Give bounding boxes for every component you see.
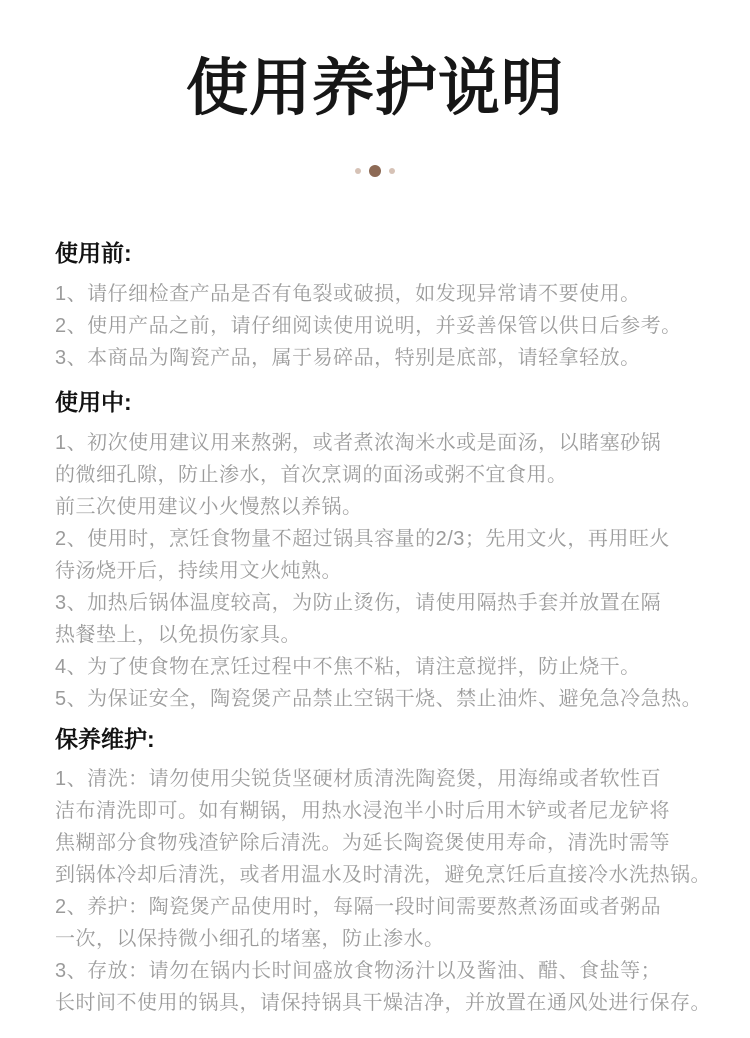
section-heading: 保养维护:	[55, 725, 718, 753]
instruction-list: 1、初次使用建议用来熬粥，或者煮浓淘米水或是面汤，以睹塞砂锅 的微细孔隙，防止渗…	[55, 427, 718, 715]
divider-dot-left	[355, 168, 361, 174]
section-heading: 使用中:	[55, 388, 718, 416]
section-heading: 使用前:	[55, 239, 718, 267]
instruction-list: 1、请仔细检查产品是否有龟裂或破损，如发现异常请不要使用。 2、使用产品之前，请…	[55, 278, 718, 374]
instruction-item: 2、使用时，烹饪食物量不超过锅具容量的2/3；先用文火，再用旺火 待汤烧开后，持…	[55, 523, 718, 587]
divider-dot-right	[389, 168, 395, 174]
section-maintenance: 保养维护: 1、清洗：请勿使用尖锐货坚硬材质清洗陶瓷煲，用海绵或者软性百 洁布清…	[55, 725, 718, 1019]
instruction-item: 4、为了使食物在烹饪过程中不焦不粘，请注意搅拌，防止烧干。	[55, 651, 718, 683]
instruction-item: 3、本商品为陶瓷产品，属于易碎品，特别是底部，请轻拿轻放。	[55, 342, 718, 374]
instruction-item: 1、清洗：请勿使用尖锐货坚硬材质清洗陶瓷煲，用海绵或者软性百 洁布清洗即可。如有…	[55, 763, 718, 891]
divider-dot-center	[369, 165, 381, 177]
instruction-item: 1、请仔细检查产品是否有龟裂或破损，如发现异常请不要使用。	[55, 278, 718, 310]
instruction-item: 2、使用产品之前，请仔细阅读使用说明，并妥善保管以供日后参考。	[55, 310, 718, 342]
instruction-item: 2、养护：陶瓷煲产品使用时，每隔一段时间需要熬煮汤面或者粥品 一次，以保持微小细…	[55, 891, 718, 955]
instruction-item: 3、存放：请勿在锅内长时间盛放食物汤汁以及酱油、醋、食盐等； 长时间不使用的锅具…	[55, 955, 718, 1019]
section-during-use: 使用中: 1、初次使用建议用来熬粥，或者煮浓淘米水或是面汤，以睹塞砂锅 的微细孔…	[55, 388, 718, 715]
section-before-use: 使用前: 1、请仔细检查产品是否有龟裂或破损，如发现异常请不要使用。 2、使用产…	[55, 239, 718, 374]
instruction-item: 5、为保证安全，陶瓷煲产品禁止空锅干烧、禁止油炸、避免急冷急热。	[55, 683, 718, 715]
instruction-list: 1、清洗：请勿使用尖锐货坚硬材质清洗陶瓷煲，用海绵或者软性百 洁布清洗即可。如有…	[55, 763, 718, 1019]
instruction-item: 1、初次使用建议用来熬粥，或者煮浓淘米水或是面汤，以睹塞砂锅 的微细孔隙，防止渗…	[55, 427, 718, 523]
instructions-content: 使用前: 1、请仔细检查产品是否有龟裂或破损，如发现异常请不要使用。 2、使用产…	[0, 239, 750, 1019]
page-title: 使用养护说明	[0, 54, 750, 123]
title-divider-dots	[0, 165, 750, 177]
instruction-item: 3、加热后锅体温度较高，为防止烫伤，请使用隔热手套并放置在隔 热餐垫上，以免损伤…	[55, 587, 718, 651]
